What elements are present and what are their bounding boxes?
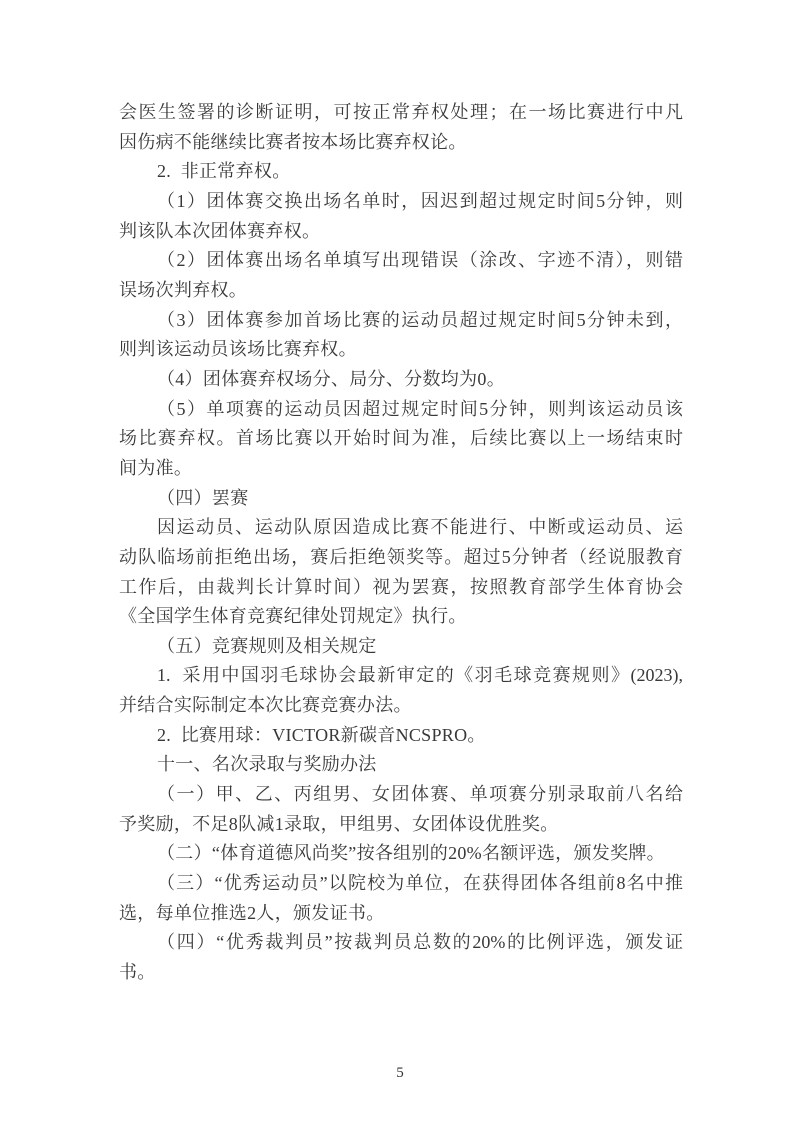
doc-line: 动队临场前拒绝出场，赛后拒绝领奖等。超过5分钟者（经说服教育: [119, 543, 683, 573]
doc-line: （三）“优秀运动员”以院校为单位，在获得团体各组前8名中推: [119, 869, 683, 899]
doc-line: （四）“优秀裁判员”按裁判员总数的20%的比例评选，颁发证: [119, 928, 683, 958]
subsection-heading: （五）竞赛规则及相关规定: [119, 632, 683, 662]
doc-line: 书。: [119, 958, 683, 988]
doc-line: 误场次判弃权。: [119, 276, 683, 306]
doc-line: 会医生签署的诊断证明，可按正常弃权处理；在一场比赛进行中凡: [119, 98, 683, 128]
doc-line: 2. 非正常弃权。: [119, 157, 683, 187]
doc-line: （一）甲、乙、丙组男、女团体赛、单项赛分别录取前八名给: [119, 780, 683, 810]
doc-line: （二）“体育道德风尚奖”按各组别的20%名额评选，颁发奖牌。: [119, 839, 683, 869]
doc-line: 予奖励，不足8队减1录取，甲组男、女团体设优胜奖。: [119, 810, 683, 840]
doc-line: （1）团体赛交换出场名单时，因迟到超过规定时间5分钟，则: [119, 187, 683, 217]
doc-line: 判该队本次团体赛弃权。: [119, 217, 683, 247]
doc-line: 间为准。: [119, 454, 683, 484]
document-page: 会医生签署的诊断证明，可按正常弃权处理；在一场比赛进行中凡 因伤病不能继续比赛者…: [0, 0, 800, 1131]
doc-line: （4）团体赛弃权场分、局分、分数均为0。: [119, 365, 683, 395]
document-text: 会医生签署的诊断证明，可按正常弃权处理；在一场比赛进行中凡 因伤病不能继续比赛者…: [119, 98, 683, 988]
doc-line: 并结合实际制定本次比赛竞赛办法。: [119, 691, 683, 721]
doc-line: 1. 采用中国羽毛球协会最新审定的《羽毛球竞赛规则》(2023),: [119, 661, 683, 691]
doc-line: 《全国学生体育竞赛纪律处罚规定》执行。: [119, 602, 683, 632]
doc-line: 工作后，由裁判长计算时间）视为罢赛，按照教育部学生体育协会: [119, 573, 683, 603]
doc-line: 因伤病不能继续比赛者按本场比赛弃权论。: [119, 128, 683, 158]
page-number: 5: [0, 1062, 800, 1084]
doc-line: 则判该运动员该场比赛弃权。: [119, 335, 683, 365]
doc-line: 2. 比赛用球：VICTOR新碳音NCSPRO。: [119, 721, 683, 751]
doc-line: 因运动员、运动队原因造成比赛不能进行、中断或运动员、运: [119, 513, 683, 543]
doc-line: （2）团体赛出场名单填写出现错误（涂改、字迹不清），则错: [119, 246, 683, 276]
doc-line: 选，每单位推选2人，颁发证书。: [119, 899, 683, 929]
doc-line: 场比赛弃权。首场比赛以开始时间为准，后续比赛以上一场结束时: [119, 424, 683, 454]
subsection-heading: （四）罢赛: [119, 484, 683, 514]
doc-line: （3）团体赛参加首场比赛的运动员超过规定时间5分钟未到，: [119, 306, 683, 336]
section-heading: 十一、名次录取与奖励办法: [119, 750, 683, 780]
doc-line: （5）单项赛的运动员因超过规定时间5分钟，则判该运动员该: [119, 395, 683, 425]
